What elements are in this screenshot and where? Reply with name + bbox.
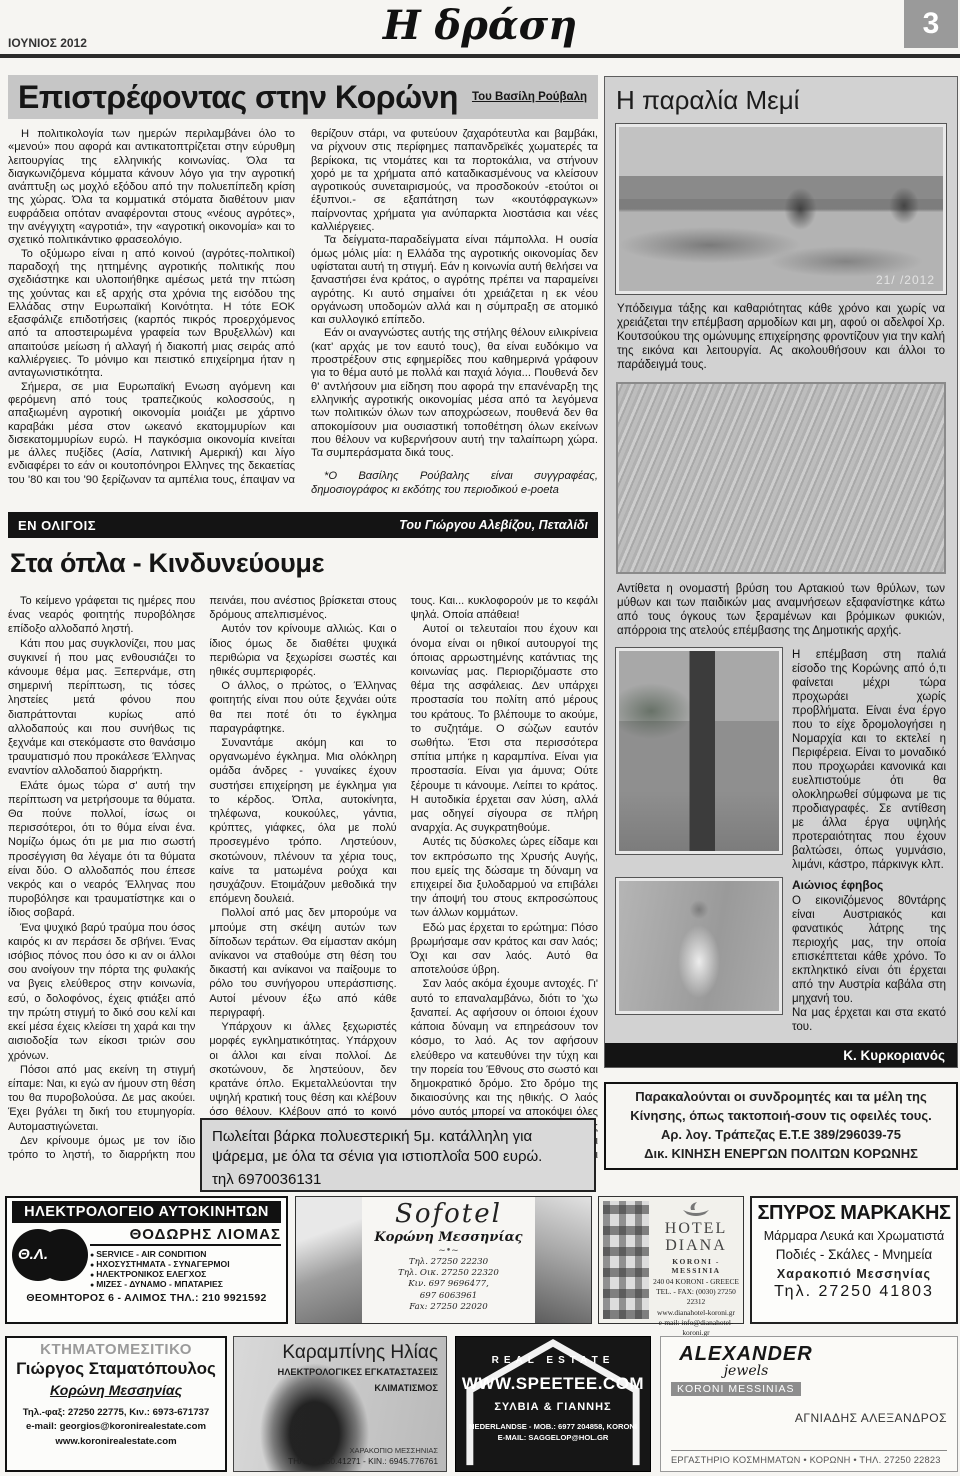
roadworks-row: Η επέμβαση στη παλιά είσοδο της Κορώνης … [616,648,946,872]
article1-paragraph: Τα δείγματα-παραδείγματα είναι πάμπολλα.… [311,234,598,327]
speetee-kicker: REAL ESTATE [456,1355,650,1366]
ktima-location: Κορώνη Μεσσηνίας [7,1382,225,1398]
article1-paragraph: *Ο Βασίλης Ρούβαλης είναι συγγραφέας, δη… [311,470,598,497]
sofotel-text: Sofotel Κορώνη Μεσσηνίας ~•~ Τηλ. 27250 … [362,1197,535,1323]
ad-sofotel: Sofotel Κορώνη Μεσσηνίας ~•~ Τηλ. 27250 … [295,1196,592,1324]
ktima-name: Γιώργος Σταματόπουλος [7,1359,225,1379]
speetee-line2: E-MAIL: SAGGELOP@HOL.GR [456,1433,650,1442]
boat-classified-ad: Πωλείται βάρκα πολυεστερική 5μ. κατάλληλ… [200,1118,596,1192]
sofotel-location: Κορώνη Μεσσηνίας [362,1230,535,1245]
diana-region: KORONI - MESSINIA [649,1257,743,1275]
article1-byline: Του Βασίλη Ρούβαλη [472,91,587,103]
diana-contact-line: www.dianahotel-koroni.gr [649,1308,743,1318]
karampinis-service2: ΚΛΙΜΑΤΙΣΜΟΣ [242,1382,438,1396]
ktima-contact-line: www.koronirealestate.com [7,1435,225,1449]
article1-paragraph: Το οξύμωρο είναι η από κοινού (αγρότες-π… [8,248,295,381]
markakis-line2: Ποδιές - Σκάλες - Μνημεία [752,1247,956,1262]
diana-contact-line: 240 04 KORONI - GREECE [649,1277,743,1287]
diana-contact-lines: 240 04 KORONI - GREECETEL. - FAX: (0030)… [649,1277,743,1339]
article1-body: Η πολιτικολογία των ημερών περιλαμβάνει … [8,128,598,513]
newspaper-page: ΙΟΥΝΙΟΣ 2012 Η δράση 3 Επιστρέφοντας στη… [0,0,960,1476]
article2-kicker-bar: ΕΝ ΟΛΙΓΟΙΣ Του Γιώργου Αλεβίζου, Πεταλίδ… [8,512,598,538]
page-number-badge: 3 [904,0,958,48]
article2-paragraph: Αυτόν τον κρίνουμε αλλιώς. Και ο ίδιος ό… [209,622,396,679]
sidebar-title: Η παραλία Μεμί [616,85,946,116]
notice-line: Κίνησης, όπως τακτοποιή-σουν τις οφειλές… [606,1107,956,1126]
ad-karampinis-ilias: Καραμπίνης Ηλίας ΗΛΕΚΤΡΟΛΟΓΙΚΕΣ ΕΓΚΑΤΑΣΤ… [233,1336,447,1472]
roadworks-caption: Η επέμβαση στη παλιά είσοδο της Κορώνης … [792,648,946,872]
karampinis-service1: ΗΛΕΚΤΡΟΛΟΓΙΚΕΣ ΕΓΚΑΤΑΣΤΑΣΕΙΣ [242,1366,438,1380]
ad-electro-liomas: ΗΛΕΚΤΡΟΛΟΓΕΙΟ ΑΥΤΟΚΙΝΗΤΩΝ Θ.Λ. ΘΟΔΩΡΗΣ Λ… [5,1196,288,1324]
article2-byline: Του Γιώργου Αλεβίζου, Πεταλίδι [399,518,588,532]
electro-address: ΘΕΟΜΗΤΟΡΟΣ 6 - ΑΛΙΜΟΣ ΤΗΛ.: 210 9921592 [12,1292,281,1304]
ad-spyros-markakis: ΣΠΥΡΟΣ ΜΑΡΚΑΚΗΣ Μάρμαρα Λευκά και Χρωματ… [750,1196,958,1324]
electro-ad-body: Θ.Λ. ΘΟΔΩΡΗΣ ΛΙΟΜΑΣ SERVICE - AIR CONDIT… [12,1226,281,1289]
teen-caption2: Να μας έρχεται και στα εκατό του. [792,1006,946,1034]
sidebar-signature: Κ. Κυρκοριανός [843,1048,945,1063]
article2-paragraph: Το κείμενο γράφεται τις ημέρες που ένας … [8,594,195,637]
electro-logo-icon: Θ.Λ. [12,1226,90,1284]
electro-services-list: SERVICE - AIR CONDITIONΗΧΟΣΥΣΤΗΜΑΤΑ - ΣΥ… [90,1249,281,1289]
teen-heading: Αιώνιος έφηβος [792,878,946,892]
speetee-names: ΣΥΛΒΙΑ & ΓΙΑΝΝΗΣ [456,1401,650,1413]
ad-ktimatomesitiko-stamatopoulos: ΚΤΗΜΑΤΟΜΕΣΙΤΙΚΟ Γιώργος Σταματόπουλος Κο… [5,1336,227,1472]
masthead-title: Η δράση [0,2,960,49]
sofotel-contact-line: Κιν. 697 9696477, [362,1279,535,1290]
article1-title: Επιστρέφοντας στην Κορώνη [18,79,458,116]
markakis-name: ΣΠΥΡΟΣ ΜΑΡΚΑΚΗΣ [752,1202,956,1225]
diana-name2: DIANA [649,1238,743,1255]
sofotel-contact-line: Τηλ. 27250 22230 [362,1257,535,1268]
article2-body: Το κείμενο γράφεται τις ημέρες που ένας … [8,594,598,1170]
sofotel-contact-line: Fax: 27250 22020 [362,1302,535,1313]
ship-logo-icon [681,1200,711,1216]
electro-ad-title: ΗΛΕΚΤΡΟΛΟΓΕΙΟ ΑΥΤΟΚΙΝΗΤΩΝ [12,1201,281,1223]
electro-right: ΘΟΔΩΡΗΣ ΛΙΟΜΑΣ SERVICE - AIR CONDITIONΗΧ… [90,1226,281,1289]
sidebar-signature-bar: Κ. Κυρκοριανός [605,1043,957,1067]
teen-row: Αιώνιος έφηβος Ο εικονιζόμενος 80ντάρης … [616,878,946,1034]
article2-title: Στα όπλα - Κινδυνεύουμε [10,548,324,579]
notice-line: Αρ. λογ. Τράπεζας Ε.Τ.Ε 389/296039-75 [606,1126,956,1145]
boat-ad-phone: τηλ 6970036131 [212,1170,584,1190]
karampinis-phones: ΤΗΛ.: 27250.41271 - ΚΙΝ.: 6945.776761 [234,1456,438,1466]
article2-paragraph: Αυτοί οι τελευταίοι που έχουν και όνομα … [411,622,598,835]
ad-speetee-real-estate: REAL ESTATE WWW.SPEETEE.COM ΣΥΛΒΙΑ & ΓΙΑ… [455,1336,651,1472]
karampinis-address: ΧΑΡΑΚΟΠΙΟ ΜΕΣΣΗΝΙΑΣ [234,1446,438,1455]
markakis-line3: Χαρακοπιό Μεσσηνίας [752,1267,956,1281]
ad-hotel-diana: HOTEL DIANA KORONI - MESSINIA 240 04 KOR… [598,1196,744,1324]
sofotel-ornament: ~•~ [362,1246,535,1256]
electro-logo-initials: Θ.Λ. [18,1246,48,1263]
notice-line: Δικ. ΚΙΝΗΣΗ ΕΝΕΡΓΩΝ ΠΟΛΙΤΩΝ ΚΟΡΩΝΗΣ [606,1145,956,1164]
markakis-line4: Τηλ. 27250 41803 [752,1283,956,1301]
photo-date-stamp: 21/ /2012 [876,273,935,287]
electro-service-item: ΗΧΟΣΥΣΤΗΜΑΤΑ - ΣΥΝΑΓΕΡΜΟΙ [90,1259,281,1269]
sofotel-contact-line: 697 6063961 [362,1291,535,1302]
article2-paragraph: Αυτές τις δύσκολες ώρες είδαμε και τον ε… [411,835,598,920]
article2-paragraph: Ο άλλος, ο πρώτος, ο Έλληνας φοιτητής εί… [209,679,396,736]
sidebar-panel: Η παραλία Μεμί 21/ /2012 Υπόδειγμα τάξης… [604,76,958,1068]
header-rule [0,54,960,58]
page-header: ΙΟΥΝΙΟΣ 2012 Η δράση 3 [0,0,960,58]
electro-service-item: SERVICE - AIR CONDITION [90,1249,281,1259]
article2-paragraph: Κάτι που μας συγκλονίζει, που μας συγκιν… [8,637,195,779]
excavator-photo [616,648,782,854]
ad-alexander-jewels: ALEXANDER jewels KORONI MESSINIAS ΑΓΝΙΑΔ… [660,1336,958,1472]
article2-paragraph: Πόσοι από μας εκείνη τη στιγμή είπαμε: Ν… [8,1063,195,1134]
diana-text: HOTEL DIANA KORONI - MESSINIA 240 04 KOR… [649,1197,743,1323]
beach-photo: 21/ /2012 [616,124,946,294]
alexander-owner: ΑΓΝΙΑΔΗΣ ΑΛΕΞΑΝΔΡΟΣ [671,1411,947,1425]
seaweed-photo [616,382,946,574]
article2-paragraph: Συναντάμε ακόμη και το οργανωμένο έγκλημ… [209,736,396,906]
article1-paragraph: Η πολιτικολογία των ημερών περιλαμβάνει … [8,128,295,248]
subscribers-notice-box: Παρακαλούνται οι συνδρομητές και τα μέλη… [604,1082,958,1170]
ktima-contact-lines: Τηλ.-φαξ: 27250 22775, Κιν.: 6973-671737… [7,1406,225,1449]
article2-kicker: ΕΝ ΟΛΙΓΟΙΣ [18,518,96,533]
teen-caption: Ο εικονιζόμενος 80ντάρης είναι Αυστριακό… [792,894,946,1006]
artaki-caption: Αντίθετα η ονομαστή βρύση του Αρτακιού τ… [617,582,945,638]
electro-service-item: ΗΛΕΚΤΡΟΝΙΚΟΣ ΕΛΕΓΧΟΣ [90,1269,281,1279]
article1-paragraph: Εάν οι αναγνώστες αυτής της στήλης θέλου… [311,327,598,460]
speetee-line1: NEDERLANDSE - MOB.: 6977 204858, KORONI [456,1422,650,1431]
diana-contact-line: TEL. - FAX: (0030) 27250 22312 [649,1287,743,1308]
sofotel-contact-lines: Τηλ. 27250 22230Τηλ. Οικ. 27250 22320Κιν… [362,1257,535,1313]
diana-name1: HOTEL [649,1221,743,1238]
boat-ad-text: Πωλείται βάρκα πολυεστερική 5μ. κατάλληλ… [212,1128,542,1165]
article1-headline-bar: Επιστρέφοντας στην Κορώνη Του Βασίλη Ρού… [8,75,598,119]
article2-paragraph: Εδώ μας έρχεται το ερώτημα: Πόσο βρωμήσα… [411,921,598,978]
notice-line: Παρακαλούνται οι συνδρομητές και τα μέλη… [606,1088,956,1107]
article2-paragraph: Ένα ψυχικό βαρύ τραύμα που όσος καιρός κ… [8,921,195,1063]
beach-caption: Υπόδειγμα τάξης και καθαριότητας κάθε χρ… [617,302,945,372]
alexander-footer: ΕΡΓΑΣΤΗΡΙΟ ΚΟΣΜΗΜΑΤΩΝ • ΚΟΡΩΝΗ • ΤΗΛ. 27… [671,1450,947,1465]
sofotel-photo-left [296,1197,362,1323]
sofotel-contact-line: Τηλ. Οικ. 27250 22320 [362,1268,535,1279]
electro-owner-name: ΘΟΔΩΡΗΣ ΛΙΟΜΑΣ [90,1226,281,1246]
ktima-contact-line: Τηλ.-φαξ: 27250 22775, Κιν.: 6973-671737 [7,1406,225,1420]
article2-paragraph: Ελάτε όμως τώρα σ' αυτή την περίπτωση να… [8,779,195,921]
ktima-kicker: ΚΤΗΜΑΤΟΜΕΣΙΤΙΚΟ [7,1341,225,1358]
ktima-contact-line: e-mail: georgios@koronirealestate.com [7,1420,225,1434]
sofotel-name: Sofotel [362,1199,535,1229]
electro-service-item: ΜΙΖΕΣ - ΔΥΝΑΜΟ - ΜΠΑΤΑΡΙΕΣ [90,1279,281,1289]
diana-building-sketch [603,1201,649,1319]
austrian-visitor-photo [616,878,782,1014]
alexander-region: KORONI MESSINIAS [671,1382,801,1396]
article2-paragraph: Πολλοί από μας δεν μπορούμε να μπούμε στ… [209,906,396,1020]
karampinis-name: Καραμπίνης Ηλίας [242,1342,438,1364]
teen-text: Αιώνιος έφηβος Ο εικονιζόμενος 80ντάρης … [792,878,946,1034]
speetee-site: WWW.SPEETEE.COM [456,1374,650,1394]
markakis-line1: Μάρμαρα Λευκά και Χρωματιστά [752,1229,956,1243]
sofotel-photo-right [535,1197,591,1323]
